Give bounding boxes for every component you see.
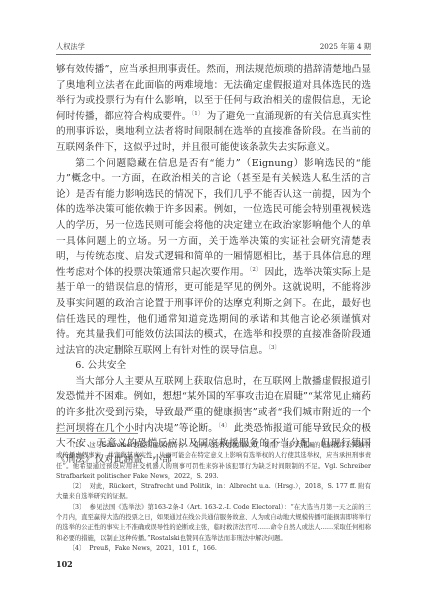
journal-title: 人权法学 — [56, 42, 85, 52]
footnote: 〔2〕对此，Rückert，Strafrecht und Politik，in：… — [56, 482, 371, 503]
section-heading: 6. 公共安全 — [56, 358, 371, 374]
issue-label: 2025 年第 4 期 — [320, 42, 371, 52]
footnote: 〔3〕参见法国《选举法》第163-2条-I（Art. 163-2.-I. Cod… — [56, 503, 371, 544]
paragraph: 够有效传播”，应当承担刑事责任。然而，刑法规范烦琐的措辞清楚地凸显了奥地利立法者… — [56, 62, 371, 156]
footnote-ref[interactable]: 〔4〕 — [218, 423, 230, 429]
footnote-ref[interactable]: 〔3〕 — [268, 345, 280, 351]
page-number: 102 — [56, 559, 73, 569]
footnotes: 〔1〕这与Schreiber教授的建议相符合：“任何人违背更优的认知，利用广泛扩… — [56, 441, 371, 554]
footnote: 〔4〕Preuß，Fake News，2021，101 f.，166. — [56, 544, 371, 554]
footnote: 〔1〕这与Schreiber教授的建议相符合：“任何人违背更优的认知，利用广泛扩… — [56, 441, 371, 482]
main-text: 够有效传播”，应当承担刑事责任。然而，刑法规范烦琐的措辞清楚地凸显了奥地利立法者… — [56, 62, 371, 467]
paragraph: 第二个问题隐藏在信息是否有“能力”（Eignung）影响选民的“能力”概念中。一… — [56, 156, 371, 359]
footnote-ref[interactable]: 〔1〕 — [191, 111, 203, 117]
footnote-divider — [56, 433, 138, 434]
running-header: 人权法学 2025 年第 4 期 — [56, 38, 371, 52]
header-divider — [56, 54, 371, 55]
footnote-ref[interactable]: 〔2〕 — [249, 267, 261, 273]
